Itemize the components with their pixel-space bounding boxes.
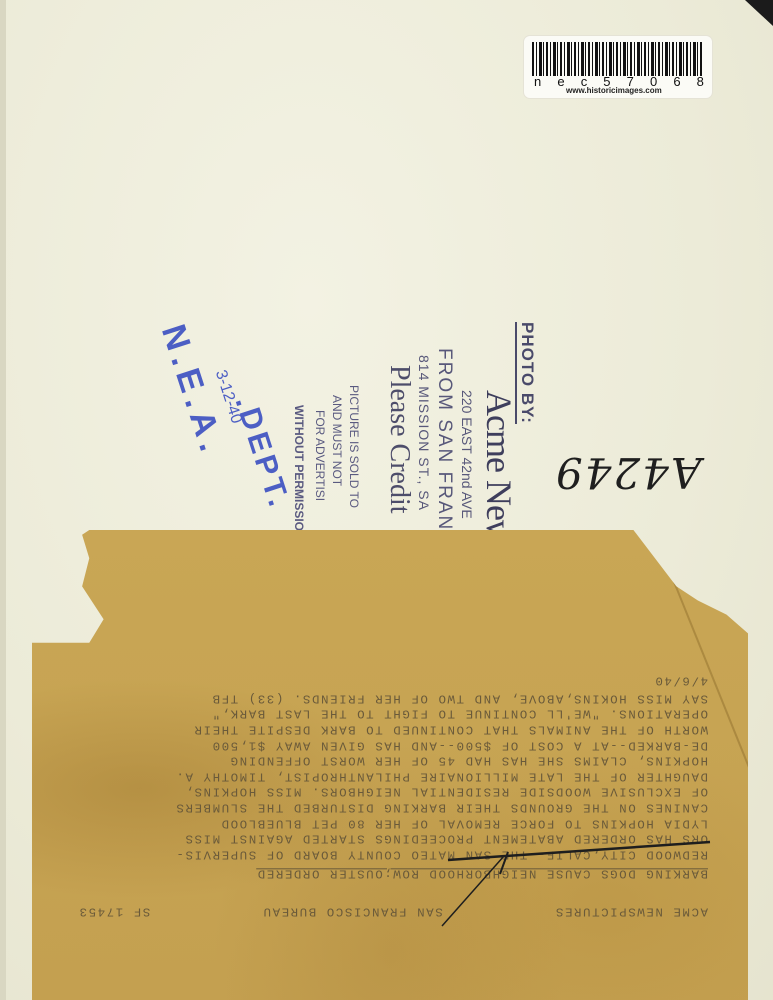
- stamp-address-sf: 814 MISSION ST., SA: [416, 355, 432, 511]
- stamp-fine-print: AND MUST NOT: [330, 395, 344, 486]
- caption-line: CANINES ON THE GROUNDS THEIR BARKING DIS…: [78, 799, 708, 815]
- stamp-fine-print: FOR ADVERTISI: [313, 410, 327, 501]
- stamp-fine-print: PICTURE IS SOLD TO: [347, 385, 361, 508]
- handwritten-id: A4249: [554, 448, 701, 497]
- caption-line: WORTH OF THE ANIMALS THAT CONTINUED TO B…: [78, 721, 708, 737]
- caption-date: 4/6/40: [78, 672, 708, 688]
- caption-line: OPERATIONS. "WE'LL CONTINUE TO FIGHT TO …: [78, 705, 708, 721]
- barcode-sticker: n e c 5 7 0 6 8 www.historicimages.com: [524, 36, 712, 98]
- caption-line: HOPKINS, CLAIMS SHE HAS HAD 45 OF HER WO…: [78, 752, 708, 768]
- stamp-address-ny: 220 EAST 42nd AVE: [459, 390, 475, 519]
- caption-line: OF EXCLUSIVE WOODSIDE RESIDENTIAL NEIGHB…: [78, 783, 708, 799]
- barcode-icon: [532, 42, 704, 76]
- caption-line: DAUGHTER OF THE LATE MILLIONAIRE PHILANT…: [78, 768, 708, 784]
- caption-line: DE-BARKED--AT A COST OF $500--AND HAS GI…: [78, 736, 708, 752]
- pen-mark-icon: [430, 838, 720, 928]
- barcode-digit: e: [557, 74, 564, 89]
- barcode-digit: 8: [697, 74, 704, 89]
- left-edge: [0, 0, 6, 1000]
- barcode-url: www.historicimages.com: [566, 86, 662, 95]
- caption-bureau: SAN FRANCISCO BUREAU: [262, 903, 443, 919]
- caption-ref-number: SF 17453: [78, 903, 150, 919]
- caption-line: LYDIA HOPKINS TO FORCE REMOVAL OF HER 80…: [78, 814, 708, 830]
- stamp-from-sf: FROM SAN FRAN: [433, 348, 455, 531]
- caption-line: SAY MISS HOKINS,ABOVE, AND TWO OF HER FR…: [78, 690, 708, 706]
- barcode-digit: 6: [673, 74, 680, 89]
- barcode-digit: n: [534, 74, 541, 89]
- stamp-please-credit: Please Credit: [383, 365, 415, 514]
